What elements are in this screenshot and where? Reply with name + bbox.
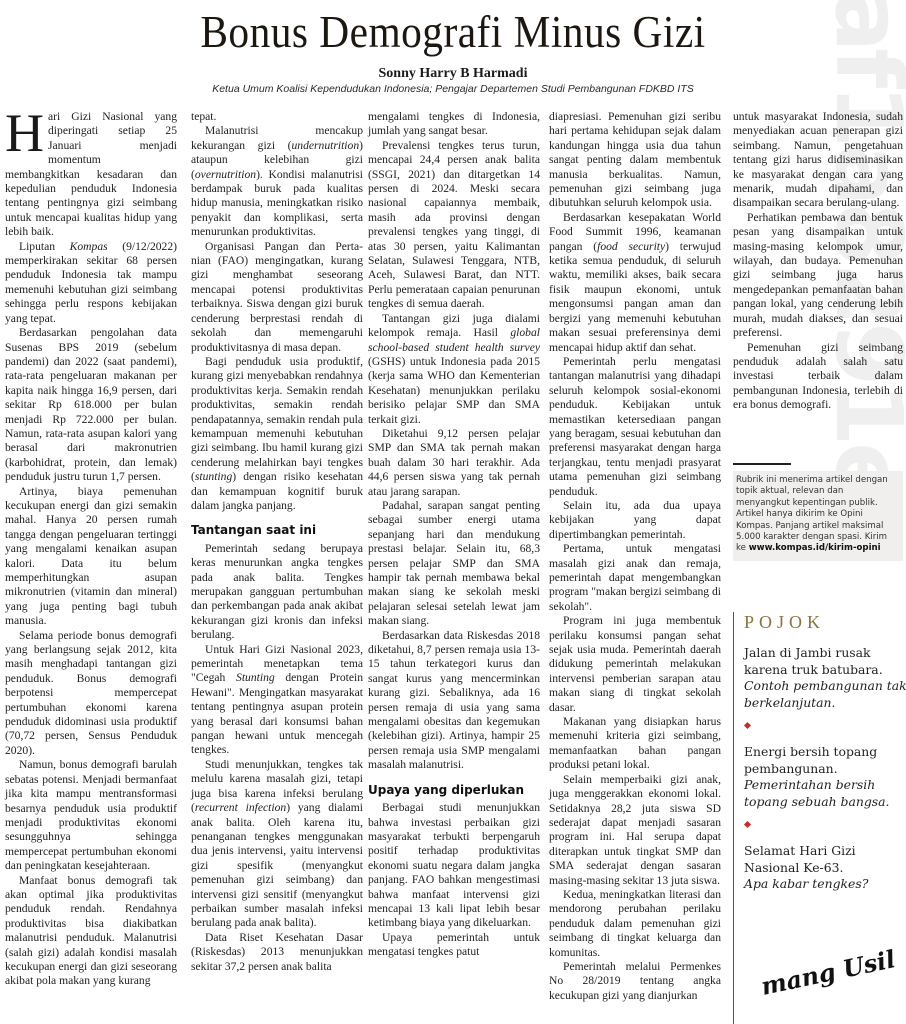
paragraph: Pemerintah melalui Permenkes No 28/2019 …: [549, 960, 721, 1003]
article-column-1: Hari Gizi Nasional yang diperingati seti…: [5, 110, 177, 989]
paragraph: Kedua, meningkatkan literasi dan mendoro…: [549, 888, 721, 960]
section-subhead: Upaya yang diperlukan: [368, 783, 540, 797]
paragraph: Berdasarkan data Riskesdas 2018 diketahu…: [368, 629, 540, 773]
paragraph: Tantangan gizi juga dialami kelompok rem…: [368, 312, 540, 427]
paragraph: Pertama, untuk mengatasi masalah gizi an…: [549, 542, 721, 614]
paragraph: Hari Gizi Nasional yang diperingati seti…: [5, 110, 177, 240]
paragraph: Bagi penduduk usia produktif, kurang giz…: [191, 355, 363, 513]
paragraph: Selain itu, ada dua upaya kebijakan yang…: [549, 499, 721, 542]
drop-cap: H: [5, 112, 44, 154]
author-name: Sonny Harry B Harmadi: [0, 66, 906, 82]
paragraph: Liputan Kompas (9/12/2022) memperkirakan…: [5, 240, 177, 326]
paragraph: Makanan yang disiapkan harus memenuhi kr…: [549, 715, 721, 773]
info-box-body: Rubrik ini menerima artikel dengan topik…: [733, 471, 903, 561]
pojok-item: Energi bersih topang pembangunan. Pemeri…: [744, 744, 906, 810]
info-text: Rubrik ini menerima artikel dengan topik…: [736, 475, 888, 553]
pojok-title: POJOK: [744, 612, 906, 633]
pojok-item: Selamat Hari Gizi Nasional Ke-63. Apa ka…: [744, 843, 906, 893]
submission-link[interactable]: www.kompas.id/kirim-opini: [749, 543, 881, 553]
section-subhead: Tantangan saat ini: [191, 523, 363, 537]
paragraph: Malanutrisi mencakup kekurangan gizi (un…: [191, 124, 363, 239]
paragraph: Perhatikan pembawa dan bentuk pesan yang…: [733, 211, 903, 341]
paragraph: Selama periode bonus demografi yang berl…: [5, 629, 177, 759]
author-affiliation: Ketua Umum Koalisi Kependudukan Indonesi…: [0, 83, 906, 95]
article-headline: Bonus Demografi Minus Gizi: [36, 6, 870, 58]
pojok-item: Jalan di Jambi rusak karena truk batubar…: [744, 645, 906, 711]
paragraph: diapresiasi. Pemenuhan gizi seribu hari …: [549, 110, 721, 211]
paragraph: Organisasi Pangan dan Perta- nian (FAO) …: [191, 240, 363, 355]
paragraph: mengalami tengkes di Indonesia, jumlah y…: [368, 110, 540, 139]
diamond-bullet-icon: [744, 722, 751, 729]
paragraph: Berdasarkan pengolahan data Susenas BPS …: [5, 326, 177, 484]
paragraph: Berbagai studi menunjukkan bahwa investa…: [368, 801, 540, 931]
paragraph: Pemenuhan gizi seimbang penduduk adalah …: [733, 341, 903, 413]
byline: Sonny Harry B Harmadi Ketua Umum Koalisi…: [0, 66, 906, 95]
paragraph: Data Riset Kesehatan Dasar (Riskesdas) 2…: [191, 931, 363, 974]
paragraph: Studi menunjukkan, tengkes tak melulu ka…: [191, 758, 363, 931]
paragraph: Upaya pemerintah untuk mengatasi tengkes…: [368, 931, 540, 960]
divider: [733, 463, 791, 465]
paragraph: Namun, bonus demografi barulah sebatas p…: [5, 758, 177, 873]
article-column-3: mengalami tengkes di Indonesia, jumlah y…: [368, 110, 540, 960]
paragraph: untuk masyarakat Indonesia, sudah menyed…: [733, 110, 903, 211]
article-column-5: untuk masyarakat Indonesia, sudah menyed…: [733, 110, 903, 413]
article-column-4: diapresiasi. Pemenuhan gizi seribu hari …: [549, 110, 721, 1003]
diamond-bullet-icon: [744, 821, 751, 828]
paragraph: Program ini juga membentuk perilaku kons…: [549, 614, 721, 715]
paragraph: Padahal, sarapan sangat penting sebagai …: [368, 499, 540, 629]
paragraph: Prevalensi tengkes terus turun, mencapai…: [368, 139, 540, 312]
paragraph: Untuk Hari Gizi Nasional 2023, pemerinta…: [191, 643, 363, 758]
paragraph: Pemerintah sedang berupaya keras menurun…: [191, 542, 363, 643]
article-column-2: tepat. Malanutrisi mencakup kekurangan g…: [191, 110, 363, 974]
paragraph: Berdasarkan kesepakatan World Food Summi…: [549, 211, 721, 355]
paragraph: Pemerintah perlu mengatasi tantangan mal…: [549, 355, 721, 499]
paragraph: Diketahui 9,12 persen pelajar SMP dan SM…: [368, 427, 540, 499]
paragraph: Selain memperbaiki gizi anak, juga mengg…: [549, 773, 721, 888]
paragraph: tepat.: [191, 110, 363, 124]
paragraph: Artinya, biaya pemenuhan kecukupan energ…: [5, 485, 177, 629]
submission-info-box: Rubrik ini menerima artikel dengan topik…: [733, 463, 903, 561]
paragraph: Manfaat bonus demografi tak akan optimal…: [5, 874, 177, 989]
